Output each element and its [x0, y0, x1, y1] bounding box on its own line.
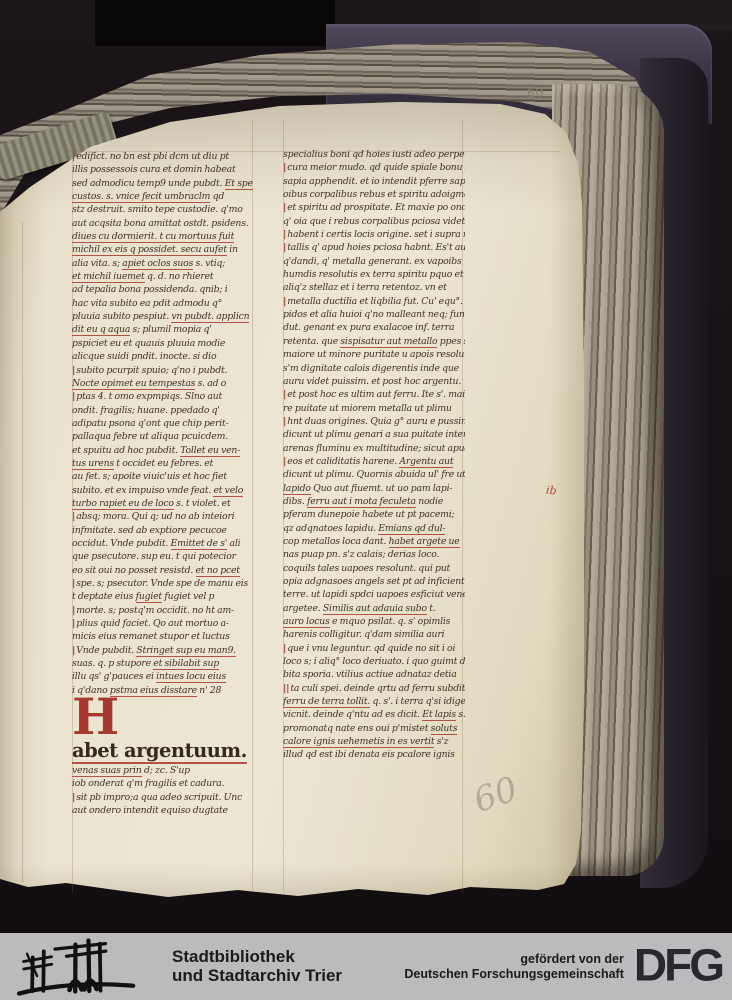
manuscript-line: ad tepalia bona possidenda. qnib; i — [72, 283, 253, 296]
manuscript-line: pluuia subito pespiut. vn pubdt. applicn — [72, 310, 253, 323]
library-name: Stadtbibliothek und Stadtarchiv Trier — [172, 948, 342, 985]
manuscript-line: bita sporia. vtilius actiue adnataz deti… — [283, 668, 465, 681]
manuscript-line: opia adgnasoes angels set pt ad inficien… — [283, 575, 465, 588]
manuscript-line: argetee. Similis aut adauia subo t. — [283, 602, 465, 615]
manuscript-line: nas puap pn. s'z calais; derias loco. — [283, 548, 465, 561]
manuscript-line: |eos et caliditatis harene. Argentu aut — [283, 455, 465, 468]
text-column-right: specialius boni qd hoies iusti adeo perp… — [283, 148, 465, 762]
manuscript-line: occidut. Vnde pubdit. Emittet de s' ali — [72, 537, 253, 550]
manuscript-photo-scene: |edifict. no bn est pbi dcm ut diu ptill… — [0, 0, 732, 1000]
funding-credit: gefördert von der Deutschen Forschungsge… — [404, 952, 624, 981]
manuscript-line: retenta. que sispisatur aut metallo ppes… — [283, 335, 465, 348]
manuscript-line: illis possessois cura et domin habeat — [72, 163, 253, 176]
manuscript-line: |spe. s; psecutor. Vnde spe de manu eis — [72, 577, 253, 590]
manuscript-line: sapia apphendit. et io intendit pferre s… — [283, 175, 465, 188]
manuscript-line: michil ex eis q possidet. secu aufet in — [72, 243, 253, 256]
rubric-heading-block: Habet argentuum. venas suas prin d; zc. … — [72, 694, 256, 817]
manuscript-line: |habent i certis locis origine. set i su… — [283, 228, 465, 241]
manuscript-line: custos. s. vnice fecit umbraclm qd — [72, 190, 253, 203]
manuscript-line: subito. et ex impuiso vnde feat. et velo — [72, 484, 253, 497]
manuscript-line: |Vnde pubdit. Stringet sup eu man9. — [72, 644, 253, 657]
manuscript-line: s'm dignitate calois digerentis inde que — [283, 362, 465, 375]
manuscript-line: dibs. ferru aut i mota feculeta nodie — [283, 495, 465, 508]
manuscript-line: coquils tales uapoes resolunt. qui put — [283, 562, 465, 575]
manuscript-line: stz destruit. smito tepe custodie. q'mo — [72, 203, 253, 216]
rubric-heading-text: abet argentuum. — [72, 739, 247, 764]
manuscript-line: turbo rapiet eu de loco s. t violet. et — [72, 497, 253, 510]
manuscript-line: que psecutore. sup eu. t qui potecior — [72, 550, 253, 563]
manuscript-line: auru videt puissim. et post hoc argentu. — [283, 375, 465, 388]
manuscript-line: iob onderat q'm fragilis et cadura. — [72, 777, 256, 790]
manuscript-line: adipatu psona q'ont que chip perit- — [72, 417, 253, 430]
manuscript-line: dicunt ut plimu genari a sua puitate int… — [283, 428, 465, 441]
library-name-line1: Stadtbibliothek — [172, 948, 342, 967]
manuscript-line: q'dandi, q' metalla generant. ex vapoibs — [283, 255, 465, 268]
manuscript-line: au fet. s; apoite viuic'uis et hoc fiet — [72, 470, 253, 483]
manuscript-line: aut acqsita bona amittat ostdt. psidens. — [72, 217, 253, 230]
manuscript-line: et spuitu ad hoc pubdit. Tollet eu ven- — [72, 444, 253, 457]
red-margin-note: ib — [545, 483, 557, 497]
manuscript-line: maiore ut minore puritate u apois resolu… — [283, 348, 465, 361]
manuscript-line: infmitate. sed ab exptiore pecucoe — [72, 524, 253, 537]
manuscript-line: calore ignis uehemetis in es vertit s'z — [283, 735, 465, 748]
manuscript-line: specialius boni qd hoies iusti adeo perp… — [283, 148, 465, 161]
trier-porta-nigra-logo-icon — [14, 937, 146, 997]
manuscript-line: diues cu dormierit. t cu mortuus fuit — [72, 230, 253, 243]
manuscript-line: |et post hoc es ultim aut ferru. Ite s'.… — [283, 388, 465, 401]
manuscript-line: pferam dunepoie habete ut pt pacemi; — [283, 508, 465, 521]
manuscript-line: alicque suidi pndit. inocte. si dio — [72, 350, 253, 363]
manuscript-line: venas suas prin d; zc. S'up — [72, 764, 256, 777]
gutter-crease — [22, 222, 23, 882]
manuscript-line: humdis resolutis ex terra spiritu pquo e… — [283, 268, 465, 281]
manuscript-line: pallaqua febre ut aliqua pcuicdem. — [72, 430, 253, 443]
manuscript-line: |et spiritu ad prospitate. Et maxie po o… — [283, 201, 465, 214]
manuscript-line: re puitate ut miorem metalla ut plimu — [283, 402, 465, 415]
manuscript-line: ferru de terra tollit. q. s'. i terra q'… — [283, 695, 465, 708]
manuscript-line: promonatq nate ens oui p'mistet soluts — [283, 722, 465, 735]
manuscript-line: |metalla ductilia et liqbilia fut. Cu' e… — [283, 295, 465, 308]
manuscript-line: suas. q. p stupore et sibilabit sup — [72, 657, 253, 670]
manuscript-line: cop metallos loca dant. habet argete ue — [283, 535, 465, 548]
background-shadow — [95, 0, 335, 46]
manuscript-line: |plius quid faciet. Qo aut mortuo a- — [72, 617, 253, 630]
manuscript-line: hac vita subito ea pdit admodu q° — [72, 297, 253, 310]
manuscript-line: q' oia que i rebus corpalibus pciosa vid… — [283, 215, 465, 228]
funding-credit-line2: Deutschen Forschungsgemeinschaft — [404, 967, 624, 982]
manuscript-line: Nocte opimet eu tempestas s. ad o — [72, 377, 253, 390]
manuscript-line: |morte. s; postq'm occidit. no ht am- — [72, 604, 253, 617]
manuscript-line: dut. genant ex pura exalacoe inf. terra — [283, 321, 465, 334]
manuscript-line: auro locus e mquo psilat. q. s' opimlis — [283, 615, 465, 628]
manuscript-line: illud qd est ibi denata eis pcalore igni… — [283, 748, 465, 761]
manuscript-line: micis eius remanet stupor et luctus — [72, 630, 253, 643]
manuscript-line: sed admodicu temp9 unde pubdt. Et spe — [72, 177, 253, 190]
manuscript-line: qz adqnatoes lapidu. Emians qd dul- — [283, 522, 465, 535]
manuscript-line: |tallis q' apud hoies pciosa habnt. Es't… — [283, 241, 465, 254]
manuscript-line: et michil iuemet q. d. no rhieret — [72, 270, 253, 283]
manuscript-line: arenas fluminu ex multitudine; sicut apu… — [283, 442, 465, 455]
manuscript-line: |cura meior mudo. qd quide spiale bonu s… — [283, 161, 465, 174]
manuscript-line: vicnit. deinde q'ntu ad es dicit. Et lap… — [283, 708, 465, 721]
folio-number-pencil: 60 — [526, 85, 544, 102]
manuscript-line: dicunt ut plimu. Quornis abuida ul' fre … — [283, 468, 465, 481]
manuscript-line: |que i vnu leguntur. qd quide no sit i o… — [283, 642, 465, 655]
heading-closing-lines: venas suas prin d; zc. S'upiob onderat q… — [72, 764, 256, 817]
manuscript-line: loco s; i aliq° loco deriuato. i quo gui… — [283, 655, 465, 668]
manuscript-line: |sit pb impro;a qua adeo scripuit. Unc — [72, 791, 256, 804]
manuscript-line: |subito pcurpit spuio; q'no i pubdt. — [72, 364, 253, 377]
manuscript-line: oibus corpalibus rebus et spiritu adoigm… — [283, 188, 465, 201]
dfg-logo: DFG — [634, 938, 722, 991]
manuscript-line: pspiciet eu et quauis pluuia modie — [72, 337, 253, 350]
manuscript-line: |ptas 4. t omo expmpiqs. Slno aut — [72, 390, 253, 403]
manuscript-line: harenis colligitur. q'dam similia auri — [283, 628, 465, 641]
manuscript-line: aliq'z stellaz et i terra retentoz. vn e… — [283, 281, 465, 294]
manuscript-line: |hnt duas origines. Quia g° auru e pussi… — [283, 415, 465, 428]
manuscript-line: illu qs' g'pauces ei intues locu eius — [72, 670, 253, 683]
manuscript-line: aut ondero intendit equiso dugtate — [72, 804, 256, 817]
library-name-line2: und Stadtarchiv Trier — [172, 967, 342, 986]
manuscript-line: ondit. fragilis; huane. ppedado q' — [72, 404, 253, 417]
library-footer-banner: Stadtbibliothek und Stadtarchiv Trier ge… — [0, 933, 732, 1000]
text-column-left: |edifict. no bn est pbi dcm ut diu ptill… — [72, 150, 253, 697]
funding-credit-line1: gefördert von der — [404, 952, 624, 967]
manuscript-line: dit eu q aqua s; plumil mopia q' — [72, 323, 253, 336]
manuscript-line: |edifict. no bn est pbi dcm ut diu pt — [72, 150, 253, 163]
manuscript-line: pidos et alia huioi q'no malleant neq; f… — [283, 308, 465, 321]
rubric-initial-h: H — [72, 696, 119, 738]
manuscript-line: terre. ut lapidi spdci uapoes esficiut v… — [283, 588, 465, 601]
manuscript-line: alia vita. s; apiet oclos suos s. vtiq; — [72, 257, 253, 270]
manuscript-line: t deptate eius fugiet fugiet vel p — [72, 590, 253, 603]
manuscript-line: ||ta culi spei. deinde qrtu ad ferru sub… — [283, 682, 465, 695]
manuscript-line: eo sit oui no posset resistd. et no pcet — [72, 564, 253, 577]
manuscript-line: tus urens t occidet eu febres. et — [72, 457, 253, 470]
manuscript-line: |absq; mora. Qui q; ud no ab inteiori — [72, 510, 253, 523]
manuscript-line: lapido Quo aut fiuemt. ut uo pam lapi- — [283, 482, 465, 495]
